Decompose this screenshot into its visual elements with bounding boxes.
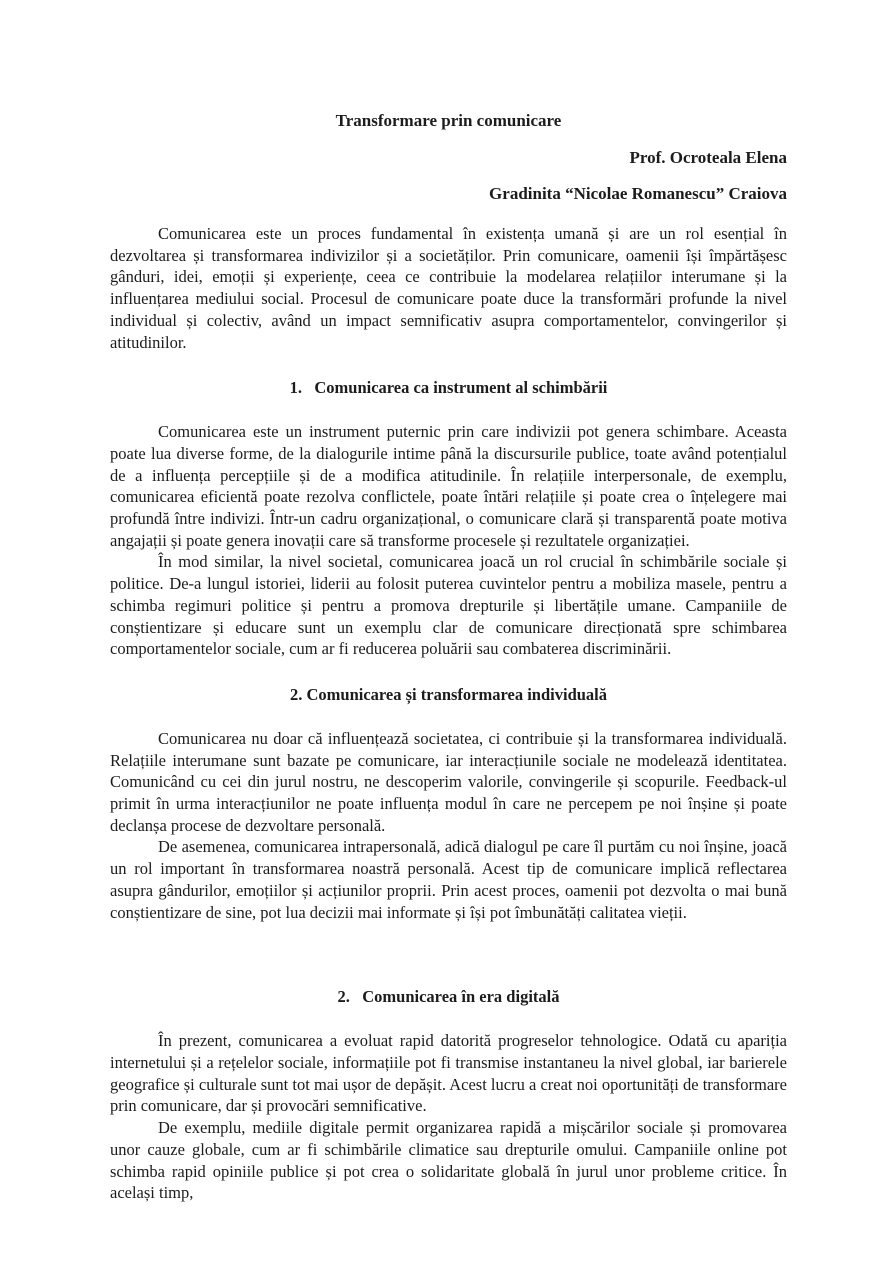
author-line: Prof. Ocroteala Elena [110, 147, 787, 169]
document-page: Transformare prin comunicare Prof. Ocrot… [0, 0, 892, 1263]
section1-paragraph-1: Comunicarea este un instrument puternic … [110, 421, 787, 551]
section3-paragraph-1: În prezent, comunicarea a evoluat rapid … [110, 1030, 787, 1117]
affiliation-line: Gradinita “Nicolae Romanescu” Craiova [110, 183, 787, 205]
section1-heading: 1. Comunicarea ca instrument al schimbăr… [110, 377, 787, 399]
section2-paragraph-1: Comunicarea nu doar că influențează soci… [110, 728, 787, 837]
intro-paragraph: Comunicarea este un proces fundamental î… [110, 223, 787, 353]
section2-paragraph-2: De asemenea, comunicarea intrapersonală,… [110, 836, 787, 923]
section2-heading: 2. Comunicarea și transformarea individu… [110, 684, 787, 706]
section3-paragraph-2: De exemplu, mediile digitale permit orga… [110, 1117, 787, 1204]
section3-heading: 2. Comunicarea în era digitală [110, 986, 787, 1008]
document-title: Transformare prin comunicare [110, 110, 787, 132]
section1-paragraph-2: În mod similar, la nivel societal, comun… [110, 551, 787, 660]
